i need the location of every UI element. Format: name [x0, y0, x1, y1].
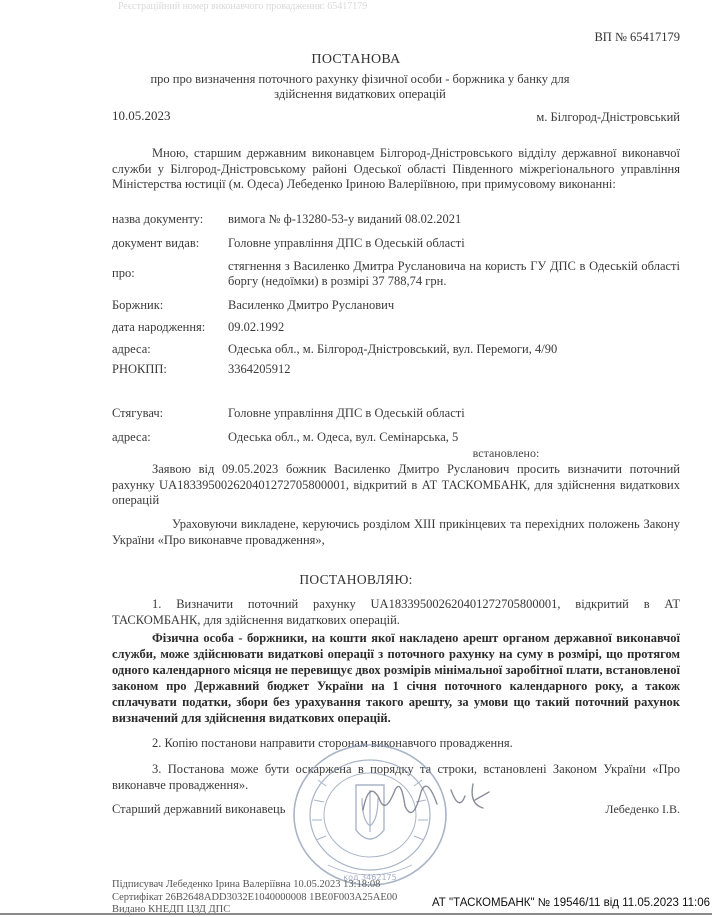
document-date: 10.05.2023 — [112, 108, 171, 124]
resolve-heading: ПОСТАНОВЛЯЮ: — [0, 572, 712, 588]
field-birthdate: дата народження: 09.02.1992 — [112, 320, 680, 335]
debtor-rights-paragraph: Фізична особа - боржники, на кошти якої … — [112, 630, 680, 726]
resolution-item-2: 2. Копію постанови направити сторонам ви… — [112, 736, 680, 752]
established-paragraph: Заявою від 09.05.2023 божник Василенко Д… — [112, 462, 680, 509]
field-label: адреса: — [112, 430, 228, 445]
field-label: дата народження: — [112, 320, 228, 335]
field-value: Одеська обл., м. Одеса, вул. Семінарська… — [228, 430, 680, 445]
field-label: РНОКПП: — [112, 362, 228, 377]
certificate-id: Сертифікат 26B2648ADD3032E1040000008 1BE… — [112, 892, 397, 905]
signer-position: Старший державний виконавець — [112, 802, 285, 817]
field-label: Боржник: — [112, 298, 228, 313]
field-debtor-address: адреса: Одеська обл., м. Білгород-Дністр… — [112, 342, 680, 357]
field-document-name: назва документу: вимога № ф-13280-53-у в… — [112, 212, 680, 227]
field-issuer: документ видав: Головне управління ДПС в… — [112, 236, 680, 251]
field-creditor: Стягувач: Головне управління ДПС в Одесь… — [112, 406, 680, 421]
field-value: Головне управління ДПС в Одеській област… — [228, 406, 680, 421]
considering-paragraph: Ураховуючи викладене, керуючись розділом… — [112, 517, 680, 548]
established-label: встановлено: — [300, 446, 712, 461]
field-value: вимога № ф-13280-53-у виданий 08.02.2021 — [228, 212, 680, 227]
field-tax-id: РНОКПП: 3364205912 — [112, 362, 680, 377]
field-creditor-address: адреса: Одеська обл., м. Одеса, вул. Сем… — [112, 430, 680, 445]
document-title: ПОСТАНОВА — [0, 52, 712, 68]
field-debtor: Боржник: Василенко Дмитро Русланович — [112, 298, 680, 313]
registration-header: Реєстраційний номер виконавчого провадже… — [118, 1, 367, 12]
resolution-item-1: 1. Визначити поточний рахунку UA18339500… — [112, 597, 680, 628]
signed-by: Підписувач Лебеденко Ірина Валеріївна 10… — [112, 879, 397, 892]
field-label: про: — [112, 259, 228, 289]
field-about: про: стягнення з Василенко Дмитра Руслан… — [112, 259, 680, 289]
document-city: м. Білгород-Дністровський — [536, 110, 680, 125]
field-label: документ видав: — [112, 236, 228, 251]
field-value: Василенко Дмитро Русланович — [228, 298, 680, 313]
signer-name: Лебеденко І.В. — [605, 802, 680, 817]
footer-divider — [0, 913, 712, 915]
resolution-item-3: 3. Постанова може бути оскаржена в поряд… — [112, 762, 680, 793]
field-value: 3364205912 — [228, 362, 680, 377]
field-label: адреса: — [112, 342, 228, 357]
field-label: Стягувач: — [112, 406, 228, 421]
intro-paragraph: Мною, старшим державним виконавцем Білго… — [112, 146, 680, 193]
field-value: Головне управління ДПС в Одеській област… — [228, 236, 680, 251]
field-value: стягнення з Василенко Дмитра Руслановича… — [228, 259, 680, 289]
field-value: Одеська обл., м. Білгород-Дністровський,… — [228, 342, 680, 357]
document-subtitle: про про визначення поточного рахунку фіз… — [150, 72, 570, 102]
digital-signature-info: Підписувач Лебеденко Ірина Валеріївна 10… — [112, 879, 397, 917]
field-label: назва документу: — [112, 212, 228, 227]
field-value: 09.02.1992 — [228, 320, 680, 335]
bank-registration-stamp: АТ "ТАСКОМБАНК" № 19546/11 від 11.05.202… — [432, 897, 710, 909]
enforcement-number: ВП № 65417179 — [594, 30, 680, 45]
